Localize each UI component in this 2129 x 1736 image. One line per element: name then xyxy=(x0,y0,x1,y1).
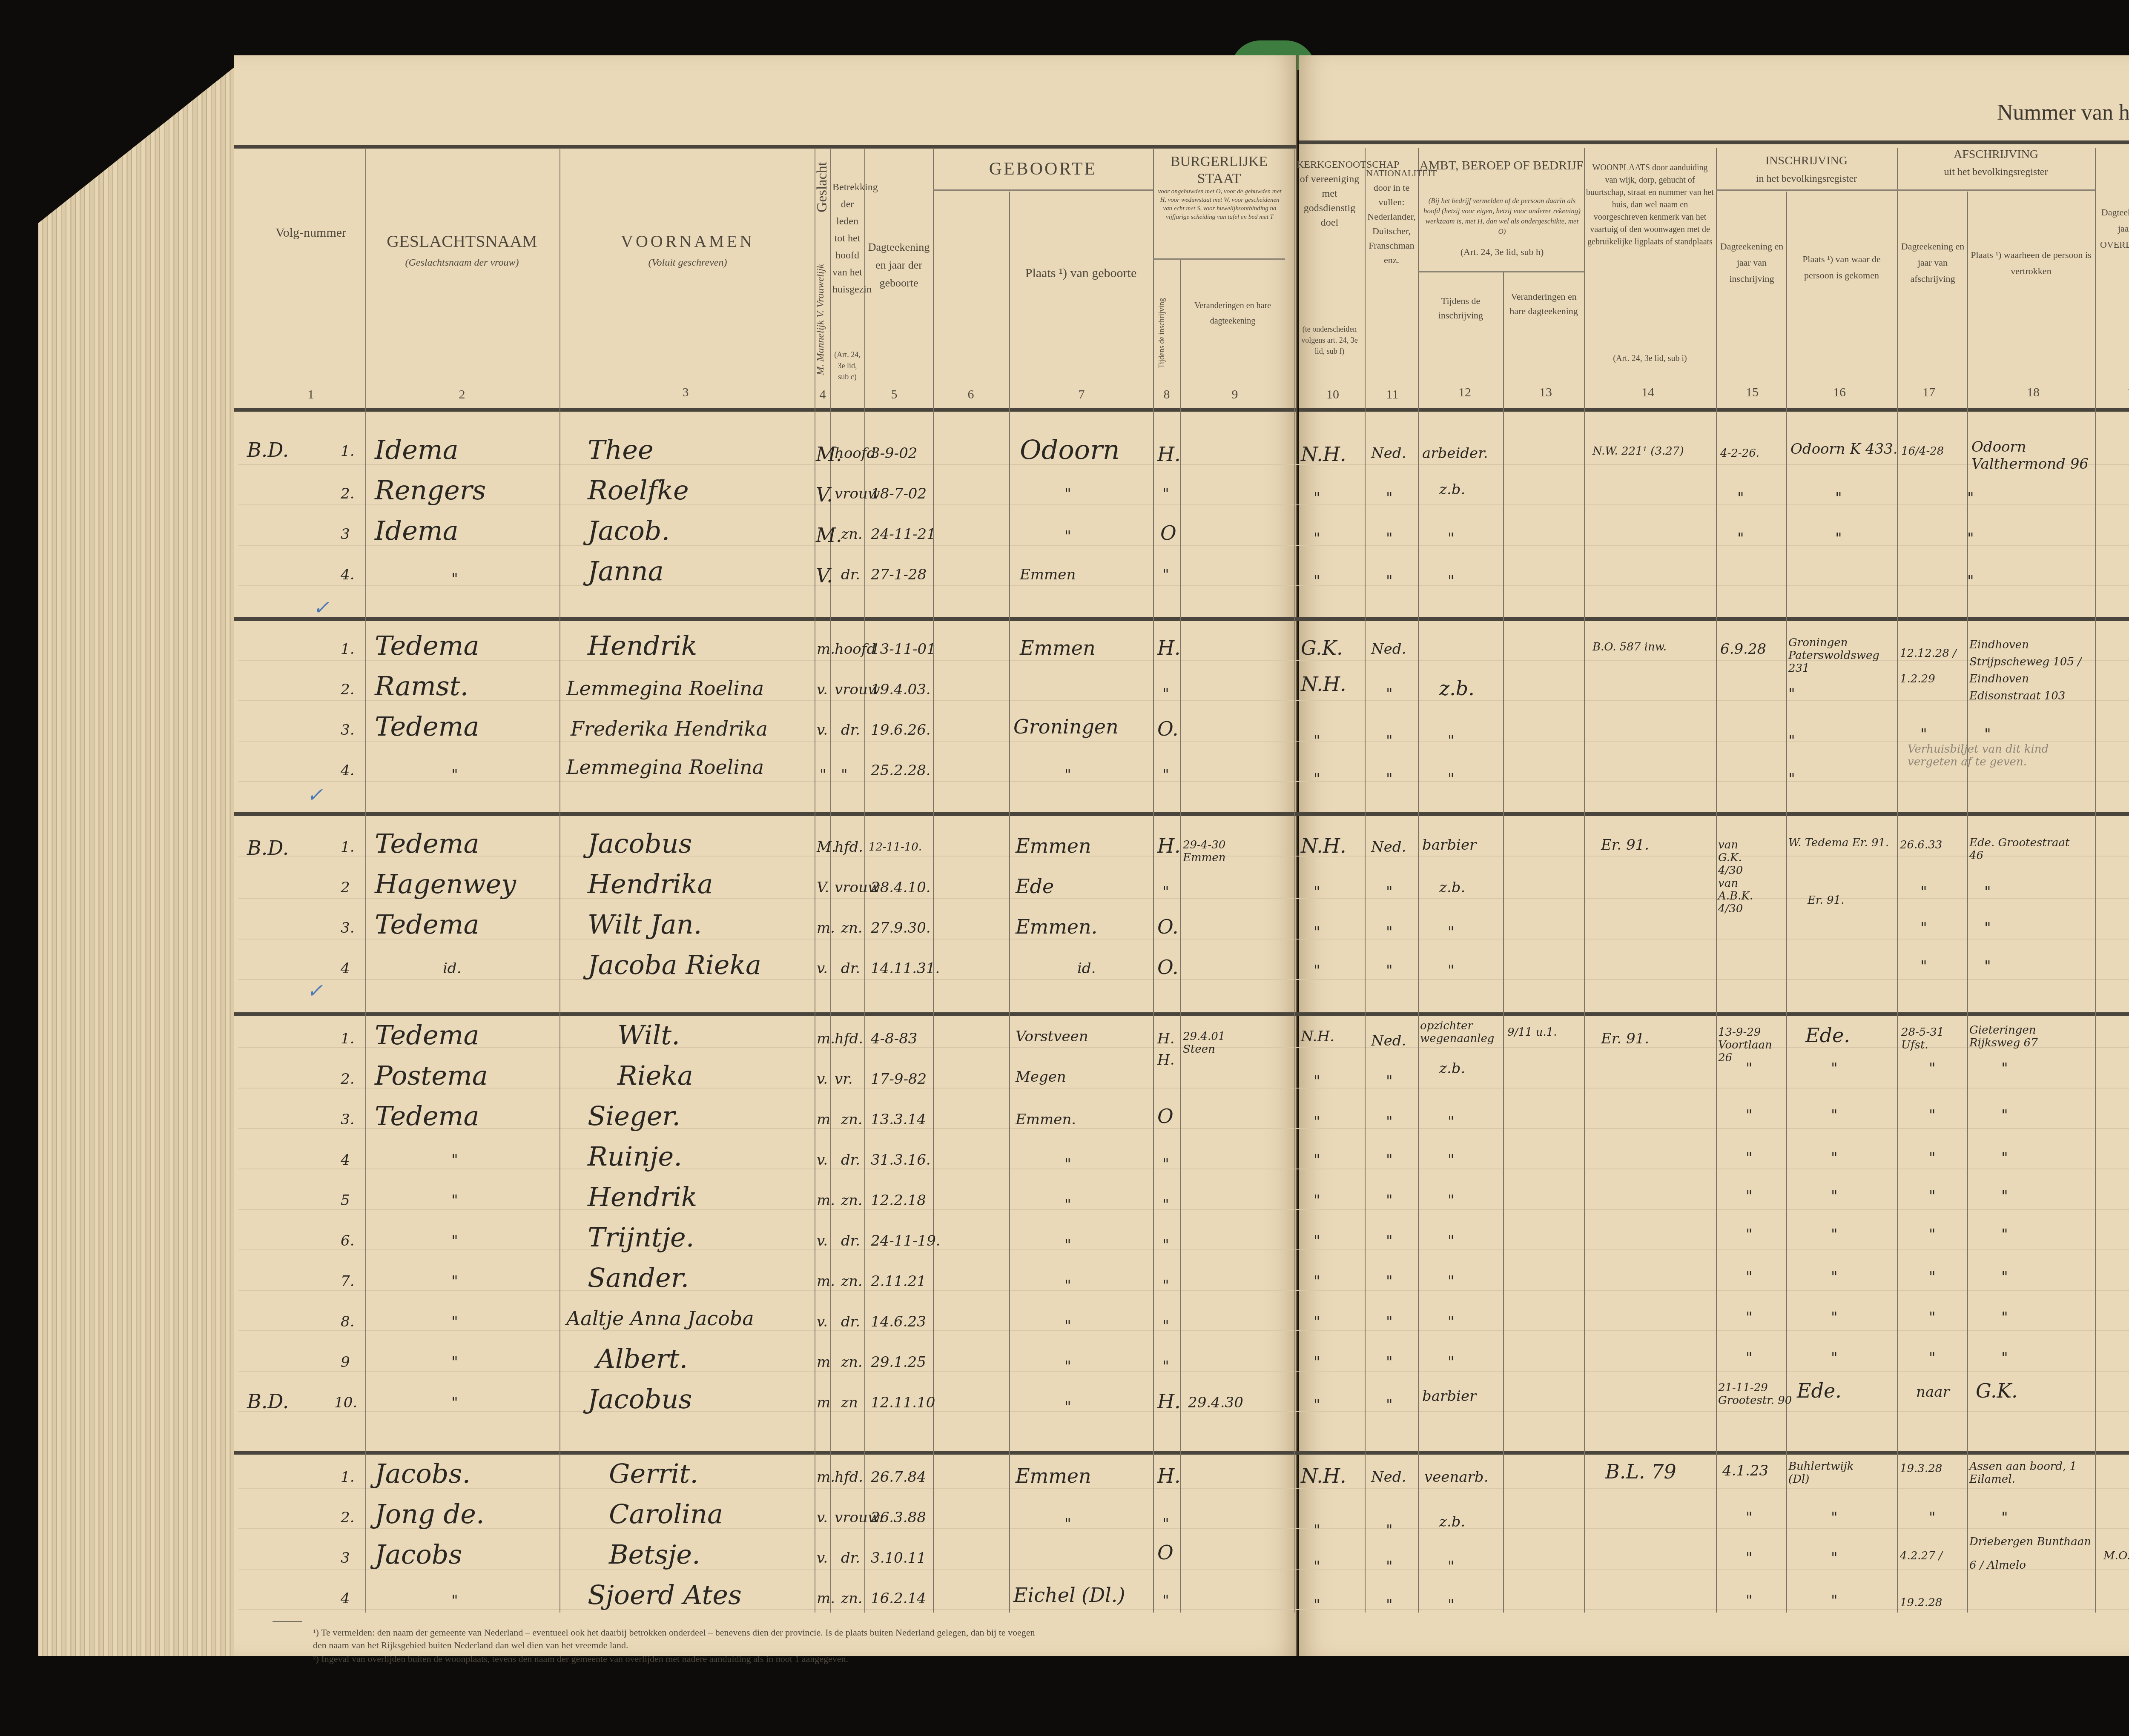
birth-place: " xyxy=(1064,1515,1071,1533)
column-number: 6 xyxy=(958,387,984,402)
registration-date: 21-11-29 Grootestr. 90 xyxy=(1718,1381,1795,1407)
given-names: Lemmegina Roelina xyxy=(566,677,764,700)
registration-origin: " xyxy=(1831,1269,1838,1286)
civil-status-change: 29-4-30 Emmen xyxy=(1183,839,1234,864)
given-names: Betsje. xyxy=(609,1539,700,1570)
registration-origin: " xyxy=(1831,1509,1838,1526)
bd-marker: B.D. xyxy=(247,438,289,461)
registration-date: " xyxy=(1746,1226,1753,1243)
row-rule xyxy=(238,585,2129,586)
church: " xyxy=(1314,1073,1320,1090)
column-divider xyxy=(1503,272,1504,1613)
church: " xyxy=(1314,490,1320,507)
registration-date: " xyxy=(1746,1509,1753,1526)
sex: m xyxy=(817,1111,830,1128)
header-inschrijving-sub: in het bevolkingsregister xyxy=(1716,169,1897,188)
header-betrekking-sub: (Art. 24, 3e lid, sub c) xyxy=(832,349,862,382)
relation: zn. xyxy=(841,920,863,937)
nationality: " xyxy=(1386,1396,1393,1413)
given-names: Hendrik xyxy=(588,1181,697,1212)
church: N.H. xyxy=(1301,1464,1346,1487)
remark: M.O. 7 Hoekhoek xyxy=(2103,1550,2129,1562)
row-number: 2 xyxy=(341,879,350,896)
row-rule xyxy=(238,545,2129,546)
row-rule xyxy=(238,1609,2129,1610)
column-number: 18 xyxy=(2020,385,2046,400)
header-betrekking: Betrekking der leden tot het hoofd van h… xyxy=(832,179,862,298)
surname: Tedema xyxy=(375,828,479,859)
nationality: " xyxy=(1386,1152,1393,1169)
occupation: arbeider. xyxy=(1422,445,1488,462)
registration-date: van A.B.K. 4/30 xyxy=(1718,877,1765,915)
row-number: 3 xyxy=(341,526,350,543)
civil-status: " xyxy=(1162,485,1169,502)
bd-marker: B.D. xyxy=(247,836,289,859)
surname: Ramst. xyxy=(375,670,468,702)
registration-origin: " xyxy=(1831,1592,1838,1609)
sex: v. xyxy=(817,1232,828,1249)
church: " xyxy=(1314,924,1320,941)
column-number: 11 xyxy=(1380,387,1405,402)
given-names: Sander. xyxy=(588,1262,689,1293)
occupation: barbier xyxy=(1422,836,1476,854)
registration-origin: " xyxy=(1831,1060,1838,1077)
birth-date: 12.11.10 xyxy=(871,1394,935,1411)
column-number: 9 xyxy=(1222,387,1248,402)
row-number: 3 xyxy=(341,1550,350,1567)
row-rule xyxy=(238,1569,2129,1570)
footnote-2: ²) Ingeval van overlijden buiten de woon… xyxy=(313,1653,1037,1665)
birth-place: id. xyxy=(1077,960,1096,977)
group-divider xyxy=(1153,258,1285,260)
deregistration-date: naar xyxy=(1916,1384,1950,1401)
given-names: Roelfke xyxy=(588,475,689,506)
address: N.W. 221¹ (3.27) xyxy=(1592,445,1684,458)
relation: dr. xyxy=(841,722,860,739)
given-names: Trijntje. xyxy=(588,1222,694,1253)
nationality: " xyxy=(1386,1596,1393,1613)
given-names: Wilt. xyxy=(617,1020,680,1051)
row-number: 8. xyxy=(341,1313,354,1330)
church: N.H. xyxy=(1301,834,1346,857)
row-number: 4. xyxy=(341,762,354,779)
registration-origin: " xyxy=(1831,1349,1838,1366)
footnote-1: ¹) Te vermelden: den naam der gemeente v… xyxy=(313,1626,1037,1652)
header-geslachtsnaam-sub: (Geslachtsnaam der vrouw) xyxy=(370,255,554,270)
registration-date: " xyxy=(1746,1149,1753,1166)
birth-place: " xyxy=(1064,1318,1071,1335)
group-divider xyxy=(1716,189,1897,191)
given-names: Sieger. xyxy=(588,1100,680,1132)
deregistration-destination: Ede. Grootestraat 46 xyxy=(1969,836,2072,862)
birth-date: 13-11-01 xyxy=(871,641,936,658)
sex: m. xyxy=(817,1469,835,1486)
relation: dr. xyxy=(841,1313,860,1330)
sex: v. xyxy=(817,1313,828,1330)
birth-date: 12.2.18 xyxy=(871,1192,926,1209)
surname: Idema xyxy=(375,434,459,465)
civil-status: O xyxy=(1157,1105,1174,1128)
sex: M. xyxy=(816,524,842,547)
deregistration-destination: " xyxy=(2001,1509,2008,1526)
registration-origin: Groningen Paterswoldsweg 231 xyxy=(1788,636,1895,675)
given-names: Jacob. xyxy=(588,515,670,546)
surname: " xyxy=(451,1592,458,1609)
left-page-stack xyxy=(38,64,238,1656)
family-separator xyxy=(234,1451,2129,1455)
registration-origin: W. Tedema Er. 91. xyxy=(1788,836,1891,849)
occupation: " xyxy=(1448,1558,1455,1575)
registration-date: 4-2-26. xyxy=(1720,447,1759,460)
church: " xyxy=(1314,883,1320,900)
registration-date: " xyxy=(1746,1269,1753,1286)
surname: Tedema xyxy=(375,909,479,940)
relation: zn. xyxy=(841,526,863,543)
header-ambt-tijdens: Tijdens de inschrijving xyxy=(1419,294,1502,323)
church: " xyxy=(1314,573,1320,590)
registration-origin: " xyxy=(1788,685,1795,702)
column-divider xyxy=(1009,192,1010,1613)
sex: V. xyxy=(816,483,833,506)
header-burgerlijke-staat: BURGERLIJKE STAAT xyxy=(1153,153,1285,187)
birth-place: Emmen. xyxy=(1016,1111,1076,1128)
checkmark-icon: ✓ xyxy=(313,596,330,619)
occupation: " xyxy=(1448,530,1455,547)
row-rule xyxy=(238,1169,2129,1169)
birth-date: 17-9-82 xyxy=(871,1071,927,1088)
relation: zn. xyxy=(841,1273,863,1290)
surname: Idema xyxy=(375,515,459,546)
nationality: " xyxy=(1386,962,1393,979)
surname: " xyxy=(451,766,458,783)
registration-date: 6.9.28 xyxy=(1720,641,1766,658)
nationality: Ned. xyxy=(1371,839,1406,856)
civil-status: H. xyxy=(1157,834,1181,857)
sheet-number-label: Nummer van het blad xyxy=(1997,100,2129,125)
deregistration-date: 28-5-31 Ufst. xyxy=(1901,1026,1965,1051)
address: Er. 91. xyxy=(1601,1030,1649,1047)
group-divider xyxy=(1897,189,2095,191)
header-woonplaats: WOONPLAATS door aanduiding van wijk, dor… xyxy=(1586,162,1714,248)
relation: vr. xyxy=(835,1071,853,1088)
birth-place: " xyxy=(1064,1156,1071,1173)
registration-origin: " xyxy=(1835,490,1842,507)
given-names: Jacobus xyxy=(588,828,692,859)
header-afschrijving-place: Plaats ¹) waarheen de persoon is vertrok… xyxy=(1969,247,2093,279)
row-number: 10. xyxy=(334,1394,357,1411)
bd-marker: B.D. xyxy=(247,1390,289,1413)
registration-date: " xyxy=(1746,1060,1753,1077)
column-divider xyxy=(1584,148,1585,1613)
header-voornamen-sub: (Voluit geschreven) xyxy=(566,255,809,270)
header-bs-veranderingen: Veranderingen en hare dagteekening xyxy=(1182,298,1284,329)
civil-status: O xyxy=(1160,521,1176,544)
occupation: " xyxy=(1448,1232,1455,1249)
row-number: 9 xyxy=(341,1354,350,1371)
header-woonplaats-sub: (Art. 24, 3e lid, sub i) xyxy=(1586,349,1714,368)
sex: m. xyxy=(817,920,835,937)
given-names: Wilt Jan. xyxy=(588,909,702,940)
occupation: z.b. xyxy=(1439,1513,1465,1530)
birth-place: Emmen xyxy=(1020,636,1096,659)
registration-date: " xyxy=(1746,1550,1753,1567)
deregistration-destination: " xyxy=(2001,1149,2008,1166)
header-bottom-rule xyxy=(234,408,1297,412)
registration-origin: " xyxy=(1831,1550,1838,1567)
birth-date: 27-1-28 xyxy=(871,566,927,583)
birth-place: Emmen xyxy=(1020,566,1076,583)
deregistration-date: " xyxy=(1920,883,1927,900)
header-kerkgenootschap: KERKGENOOTSCHAP of vereeniging met godsd… xyxy=(1297,158,1363,230)
civil-status: H. xyxy=(1157,1030,1174,1047)
column-divider xyxy=(1365,148,1366,1613)
church: N.H. xyxy=(1301,673,1346,696)
row-rule xyxy=(238,1330,2129,1331)
header-volgnummer: Volg-nummer xyxy=(264,223,358,242)
civil-status: O. xyxy=(1157,915,1179,938)
header-inschrijving: INSCHRIJVING xyxy=(1716,153,1897,169)
surname: " xyxy=(451,1354,458,1371)
sex: v. xyxy=(817,1509,828,1526)
registration-origin: Er. 91. xyxy=(1808,894,1844,907)
column-number: 1 xyxy=(298,387,324,402)
given-names: Hendrik xyxy=(588,630,697,661)
row-rule xyxy=(238,1088,2129,1089)
birth-date: 16.2.14 xyxy=(871,1590,926,1607)
occupation: " xyxy=(1448,924,1455,941)
birth-date: 27.9.30. xyxy=(871,920,931,937)
surname: " xyxy=(451,1273,458,1290)
birth-place: " xyxy=(1064,766,1071,783)
deregistration-date: " xyxy=(1920,726,1927,743)
civil-status: " xyxy=(1162,1277,1169,1294)
nationality: Ned. xyxy=(1371,1469,1406,1486)
civil-status: " xyxy=(1162,1515,1169,1533)
row-rule xyxy=(238,741,2129,742)
relation: zn. xyxy=(841,1590,863,1607)
church: " xyxy=(1314,1152,1320,1169)
nationality: " xyxy=(1386,1192,1393,1209)
birth-place: Ede xyxy=(1016,875,1054,898)
surname: " xyxy=(451,1313,458,1330)
deregistration-date: " xyxy=(1929,1309,1936,1326)
birth-date: 19.6.26. xyxy=(871,722,931,739)
civil-status: H. xyxy=(1157,1051,1174,1069)
birth-date: 4-8-83 xyxy=(871,1030,918,1047)
birth-place: " xyxy=(1064,1398,1071,1415)
sex: v. xyxy=(817,1152,828,1169)
row-number: 2. xyxy=(341,681,354,698)
nationality: " xyxy=(1386,1113,1393,1130)
row-rule xyxy=(238,1290,2129,1291)
registration-origin: " xyxy=(1831,1107,1838,1124)
row-rule xyxy=(238,1488,2129,1489)
deregistration-date: " xyxy=(1920,920,1927,937)
row-number: 4 xyxy=(341,960,350,977)
relation: zn. xyxy=(841,1192,863,1209)
surname: Tedema xyxy=(375,1020,479,1051)
column-number: 19 xyxy=(2120,385,2129,400)
registration-date: " xyxy=(1737,490,1744,507)
sex: m. xyxy=(817,1590,835,1607)
deregistration-destination: Gieteringen Rijksweg 67 xyxy=(1969,1024,2089,1049)
deregistration-destination: " xyxy=(2001,1349,2008,1366)
nationality: " xyxy=(1386,771,1393,788)
sex: v. xyxy=(817,1550,828,1567)
birth-date: 24-11-19. xyxy=(871,1232,941,1249)
civil-status: H. xyxy=(1157,443,1181,466)
sex: V. xyxy=(816,564,833,587)
birth-place: " xyxy=(1064,1358,1071,1375)
address: B.L. 79 xyxy=(1605,1460,1676,1483)
nationality: " xyxy=(1386,732,1393,749)
church: " xyxy=(1314,732,1320,749)
civil-status: " xyxy=(1162,1318,1169,1335)
occupation: opzichter wegenaanleg xyxy=(1420,1020,1501,1045)
header-kerkgenootschap-sub: (te onderscheiden volgens art. 24, 3e li… xyxy=(1297,324,1363,357)
registration-date: " xyxy=(1746,1107,1753,1124)
row-rule xyxy=(238,1528,2129,1529)
nationality: " xyxy=(1386,573,1393,590)
header-voornamen: VOORNAMEN xyxy=(566,232,809,251)
relation: zn. xyxy=(841,1354,863,1371)
deregistration-destination: G.K. xyxy=(1976,1379,2018,1402)
header-nationaliteit: NATIONALITEIT door in te vullen: Nederla… xyxy=(1366,166,1417,267)
column-divider xyxy=(1418,148,1419,1613)
surname: " xyxy=(451,570,458,587)
church: " xyxy=(1314,1273,1320,1290)
occupation: barbier xyxy=(1422,1388,1476,1405)
row-number: 1. xyxy=(341,443,354,460)
church: N.H. xyxy=(1301,1028,1334,1045)
occupation: " xyxy=(1448,1152,1455,1169)
sex: m xyxy=(817,1394,830,1411)
column-number: 17 xyxy=(1916,385,1942,400)
row-rule xyxy=(238,1249,2129,1250)
column-divider xyxy=(560,148,560,1613)
occupation: " xyxy=(1448,1273,1455,1290)
occupation-change: 9/11 u.1. xyxy=(1507,1026,1557,1039)
relation: dr. xyxy=(841,960,860,977)
deregistration-destination: " xyxy=(1967,573,1974,590)
row-number: 7. xyxy=(341,1273,354,1290)
birth-date: 29.1.25 xyxy=(871,1354,926,1371)
nationality: " xyxy=(1386,490,1393,507)
surname: " xyxy=(451,1152,458,1169)
row-rule xyxy=(238,979,2129,980)
relation: zn xyxy=(841,1394,858,1411)
relation: zn. xyxy=(841,1111,863,1128)
row-number: 4. xyxy=(341,566,354,583)
header-inschrijving-place: Plaats ¹) van waar de persoon is gekomen xyxy=(1788,251,1895,284)
relation: " xyxy=(841,766,848,783)
sex: m. xyxy=(817,1273,835,1290)
header-inschrijving-date: Dagteekening en jaar van inschrijving xyxy=(1718,238,1785,287)
registration-origin: " xyxy=(1788,732,1795,749)
column-divider xyxy=(1967,192,1968,1613)
header-burgerlijke-staat-note: voor ongehuwden met O, voor de gehuwden … xyxy=(1155,187,1285,221)
surname: Rengers xyxy=(375,475,486,506)
birth-place: Emmen xyxy=(1016,834,1091,857)
row-number: 3. xyxy=(341,722,354,739)
relation: hoofd xyxy=(835,445,876,462)
header-top-rule xyxy=(234,145,1297,149)
occupation: " xyxy=(1448,1354,1455,1371)
nationality: " xyxy=(1386,1558,1393,1575)
column-number: 3 xyxy=(673,385,698,400)
given-names: Frederika Hendrika xyxy=(571,717,768,740)
sex: " xyxy=(820,766,826,783)
occupation: z.b. xyxy=(1439,481,1465,498)
civil-status: H. xyxy=(1157,1464,1181,1487)
deregistration-destination: " xyxy=(2001,1269,2008,1286)
surname: " xyxy=(451,1232,458,1249)
occupation: " xyxy=(1448,771,1455,788)
surname: Postema xyxy=(375,1060,488,1091)
sex: v. xyxy=(817,1071,828,1088)
header-ambt-note: (Bij het bedrijf vermelden of de persoon… xyxy=(1422,196,1582,237)
registration-date: " xyxy=(1746,1592,1753,1609)
birth-date: 3-9-02 xyxy=(871,445,918,462)
column-divider xyxy=(1897,148,1898,1613)
registration-origin: Ede. xyxy=(1797,1379,1842,1402)
occupation: z.b. xyxy=(1439,1060,1465,1077)
church: " xyxy=(1314,1232,1320,1249)
church: " xyxy=(1314,771,1320,788)
birth-date: 25.2.28. xyxy=(871,762,931,779)
row-number: 4 xyxy=(341,1590,350,1607)
deregistration-destination: " xyxy=(1984,920,1991,937)
registration-date: " xyxy=(1746,1349,1753,1366)
column-number: 10 xyxy=(1320,387,1346,402)
header-bs-tijdens: Tijdens de inschrijving xyxy=(1157,298,1166,368)
registration-origin: " xyxy=(1831,1309,1838,1326)
birth-date: 28.4.10. xyxy=(871,879,931,896)
sex: v. xyxy=(817,960,828,977)
column-divider xyxy=(1153,148,1154,1613)
given-names: Ruinje. xyxy=(588,1141,682,1172)
given-names: Hendrika xyxy=(588,868,713,900)
civil-status: O. xyxy=(1157,717,1179,740)
nationality: Ned. xyxy=(1371,641,1406,658)
sex: m xyxy=(817,1354,830,1371)
nationality: " xyxy=(1386,530,1393,547)
header-geboorte-group: GEBOORTE xyxy=(933,160,1153,178)
relation: hfd. xyxy=(835,839,863,856)
header-ambt-veranderingen: Veranderingen en hare dagteekening xyxy=(1504,289,1583,318)
column-number: 14 xyxy=(1635,385,1661,400)
deregistration-date: " xyxy=(1929,1188,1936,1205)
header-top-rule-right xyxy=(1299,140,2129,144)
relation: dr. xyxy=(841,1232,860,1249)
column-number: 12 xyxy=(1452,385,1478,400)
header-afschrijving-date: Dagteekening en jaar van afschrijving xyxy=(1899,238,1966,287)
given-names: Lemmegina Roelina xyxy=(566,756,764,779)
surname: id. xyxy=(443,960,461,977)
relation: dr. xyxy=(841,566,860,583)
row-number: 2. xyxy=(341,1509,354,1526)
birth-place: " xyxy=(1064,1277,1071,1294)
header-geslacht-sub: M. Mannelijk V. Vrouwelijk xyxy=(815,264,826,375)
church: " xyxy=(1314,1596,1320,1613)
surname: Jacobs xyxy=(375,1539,462,1570)
registration-date: " xyxy=(1746,1309,1753,1326)
church: " xyxy=(1314,1113,1320,1130)
birth-place: Odoorn xyxy=(1020,434,1120,465)
deregistration-destination: " xyxy=(1984,726,1991,743)
birth-place: " xyxy=(1064,485,1071,502)
registration-origin: " xyxy=(1835,530,1842,547)
